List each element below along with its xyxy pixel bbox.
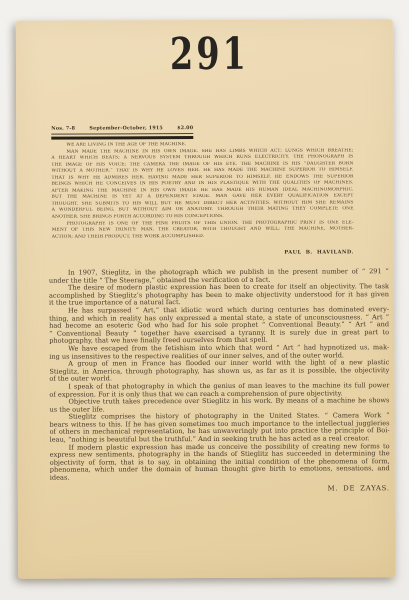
paragraph: The desire of modern plastic expression … xyxy=(49,283,389,307)
masthead-row: Nos. 7-8 September-October, 1915 $2.00 xyxy=(51,125,193,132)
text-line: ACTION; AND THEIR PRODUCT, THE WORK ACCO… xyxy=(52,233,354,241)
text-line: Objective truth takes precedence over St… xyxy=(49,397,389,406)
haviland-essay: WE ARE LIVING IN THE AGE OF THE MACHINE.… xyxy=(51,141,353,241)
dezayas-signature: M. DE ZAYAS. xyxy=(50,484,390,493)
paragraph: If modern plastic expression has made us… xyxy=(50,443,390,482)
paragraph: I speak of that photography in which the… xyxy=(49,382,389,399)
scan-background: 291 Nos. 7-8 September-October, 1915 $2.… xyxy=(0,0,409,600)
magazine-page: 291 Nos. 7-8 September-October, 1915 $2.… xyxy=(16,19,395,579)
masthead-thin-rule xyxy=(51,133,193,135)
paragraph: PHOTOGRAPHY IS ONE OF THE FINE FRUITS OF… xyxy=(52,220,354,241)
masthead-thick-rule xyxy=(51,136,193,140)
paragraph: MAN MADE THE MACHINE IN HIS OWN IMAGE. S… xyxy=(51,148,353,221)
issue-price: $2.00 xyxy=(177,125,193,131)
dezayas-essay: In 1907, Stieglitz, in the photograph wh… xyxy=(49,268,390,482)
paragraph: We have escaped from the fetishism into … xyxy=(49,344,389,361)
issue-number: Nos. 7-8 xyxy=(51,126,75,132)
issue-date: September-October, 1915 xyxy=(89,125,163,131)
masthead: Nos. 7-8 September-October, 1915 $2.00 xyxy=(51,125,193,140)
text-line: phenomena, which under the domain of hum… xyxy=(50,466,390,475)
text-line: ideas. xyxy=(50,473,390,482)
paragraph: Objective truth takes precedence over St… xyxy=(49,397,389,414)
paragraph: He has surpassed “ Art,” that idiotic wo… xyxy=(49,306,389,345)
paragraph: A group of men in France has flooded our… xyxy=(49,359,389,383)
paragraph: In 1907, Stieglitz, in the photograph wh… xyxy=(49,268,389,285)
paragraph: Stieglitz comprises the history of photo… xyxy=(50,412,390,444)
haviland-signature: PAUL B. HAVILAND. xyxy=(52,249,354,256)
magazine-title: 291 xyxy=(66,32,353,77)
